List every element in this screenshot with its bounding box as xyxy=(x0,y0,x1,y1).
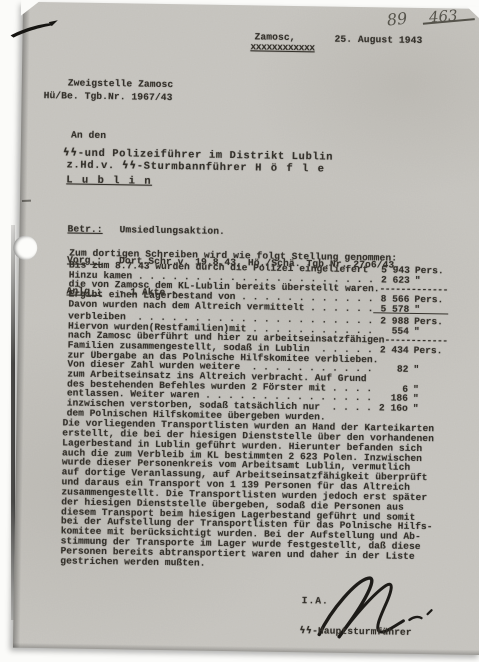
recipient-line2-text: -Sturmbannführer xyxy=(137,161,248,175)
punch-hole xyxy=(13,236,37,260)
persons-ledger: Bis zum 8.7.43 wurden durch die Polizei … xyxy=(67,260,449,423)
body-paragraph: Die vorliegenden Transportlisten wurden … xyxy=(60,418,468,572)
scanned-document-page: { "annotations": { "page_number": "89", … xyxy=(0,0,479,662)
document-sheet: 89 463 Zamosc, xxxxxxxxxxxx 25. August 1… xyxy=(13,2,479,655)
ink-stroke-mark xyxy=(8,16,60,43)
betreff-label: Betr.: xyxy=(67,224,119,236)
signature-rank: ϟϟ-Hauptsturmführer xyxy=(299,626,412,638)
betreff-value: Umsiedlungsaktion. xyxy=(119,225,225,238)
edge-smudge xyxy=(22,200,31,202)
sender-ref-number: Hü/Be. Tgb.Nr. 1967/43 xyxy=(44,91,173,103)
top-left-corner-cut xyxy=(21,0,41,16)
sender-office: Zweigstelle Zamosc xyxy=(68,78,174,90)
date-line: 25. August 1943 xyxy=(334,35,422,46)
left-edge-shading xyxy=(13,2,30,648)
signature-rank-text: -Hauptsturmführer xyxy=(312,625,412,638)
recipient-name: H ö f l e xyxy=(255,162,325,175)
crossed-out-text: xxxxxxxxxxxx xyxy=(250,42,314,53)
ss-runes: ϟϟ xyxy=(63,146,78,158)
ss-runes: ϟϟ xyxy=(122,159,137,171)
recipient-line2-pre: z.Hd.v. xyxy=(66,159,121,172)
betreff-row: Betr.:Umsiedlungsaktion. xyxy=(67,224,437,241)
recipient-salutation: An den xyxy=(71,131,106,142)
handwritten-page-number: 89 xyxy=(386,9,408,30)
ss-runes: ϟϟ xyxy=(299,625,312,636)
recipient-city: L u b l i n xyxy=(66,175,152,186)
